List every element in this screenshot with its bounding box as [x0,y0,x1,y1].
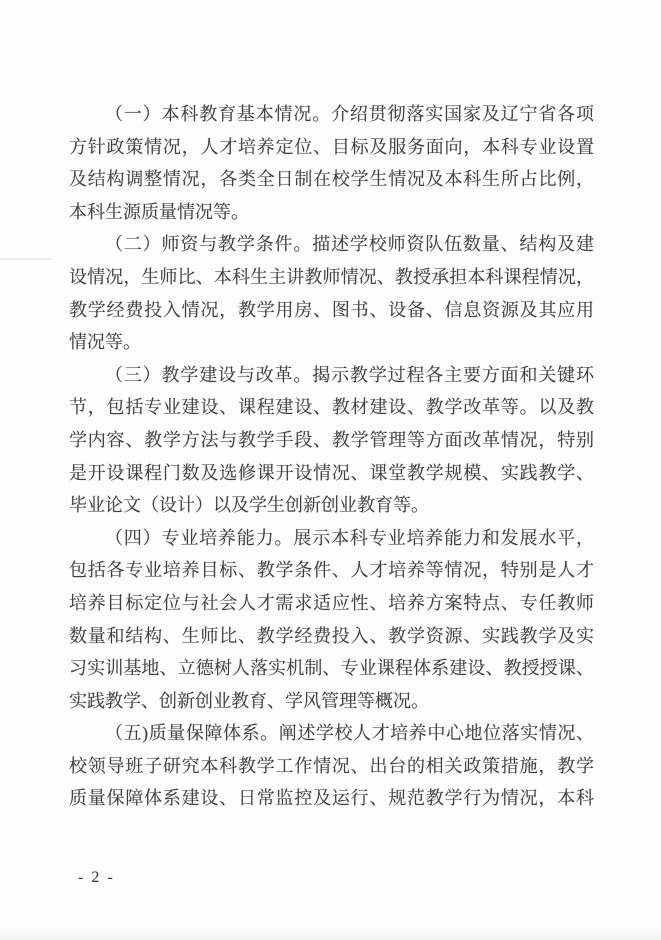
text-line: 设情况，生师比、本科生主讲教师情况、教授承担本科课程情况， [69,261,594,294]
paragraph-section-4: （四）专业培养能力。展示本科专业培养能力和发展水平， 包括各专业培养目标、教学条… [69,522,594,718]
paragraph-section-1: （一）本科教育基本情况。介绍贯彻落实国家及辽宁省各项 方针政策情况，人才培养定位… [69,98,594,228]
text-line: 实践教学、创新创业教育、学风管理等概况。 [69,685,594,718]
text-line: 是开设课程门数及选修课开设情况、课堂教学规模、实践教学、 [69,457,594,490]
paragraph-section-2: （二）师资与教学条件。描述学校师资队伍数量、结构及建 设情况，生师比、本科生主讲… [69,228,594,358]
text-line: 质量保障体系建设、日常监控及运行、规范教学行为情况，本科 [69,782,594,815]
text-line: 毕业论文（设计）以及学生创新创业教育等。 [69,489,594,522]
scan-artifact [0,258,52,260]
text-line: （四）专业培养能力。展示本科专业培养能力和发展水平， [69,522,594,555]
text-line: 本科生源质量情况等。 [69,196,594,229]
paragraph-section-3: （三）教学建设与改革。揭示教学过程各主要方面和关键环 节，包括专业建设、课程建设… [69,359,594,522]
text-line: （三）教学建设与改革。揭示教学过程各主要方面和关键环 [69,359,594,392]
text-line: 包括各专业培养目标、教学条件、人才培养等情况，特别是人才 [69,554,594,587]
text-line: 数量和结构、生师比、教学经费投入、教学资源、实践教学及实 [69,620,594,653]
document-body: （一）本科教育基本情况。介绍贯彻落实国家及辽宁省各项 方针政策情况，人才培养定位… [69,98,594,815]
text-line: 节，包括专业建设、课程建设、教材建设、教学改革等。以及教 [69,391,594,424]
paragraph-section-5: （五)质量保障体系。阐述学校人才培养中心地位落实情况、 校领导班子研究本科教学工… [69,717,594,815]
text-line: （一）本科教育基本情况。介绍贯彻落实国家及辽宁省各项 [69,98,594,131]
text-line: （二）师资与教学条件。描述学校师资队伍数量、结构及建 [69,228,594,261]
text-line: 培养目标定位与社会人才需求适应性、培养方案特点、专任教师 [69,587,594,620]
text-line: 教学经费投入情况，教学用房、图书、设备、信息资源及其应用 [69,294,594,327]
scan-edge-shadow [0,928,661,940]
text-line: 学内容、教学方法与教学手段、教学管理等方面改革情况，特别 [69,424,594,457]
document-page: （一）本科教育基本情况。介绍贯彻落实国家及辽宁省各项 方针政策情况，人才培养定位… [0,0,661,940]
text-line: 习实训基地、立德树人落实机制、专业课程体系建设、教授授课、 [69,652,594,685]
text-line: 校领导班子研究本科教学工作情况、出台的相关政策措施，教学 [69,750,594,783]
text-line: （五)质量保障体系。阐述学校人才培养中心地位落实情况、 [69,717,594,750]
text-line: 及结构调整情况，各类全日制在校学生情况及本科生所占比例， [69,163,594,196]
page-number: - 2 - [78,869,115,887]
text-line: 情况等。 [69,326,594,359]
text-line: 方针政策情况，人才培养定位、目标及服务面向，本科专业设置 [69,131,594,164]
